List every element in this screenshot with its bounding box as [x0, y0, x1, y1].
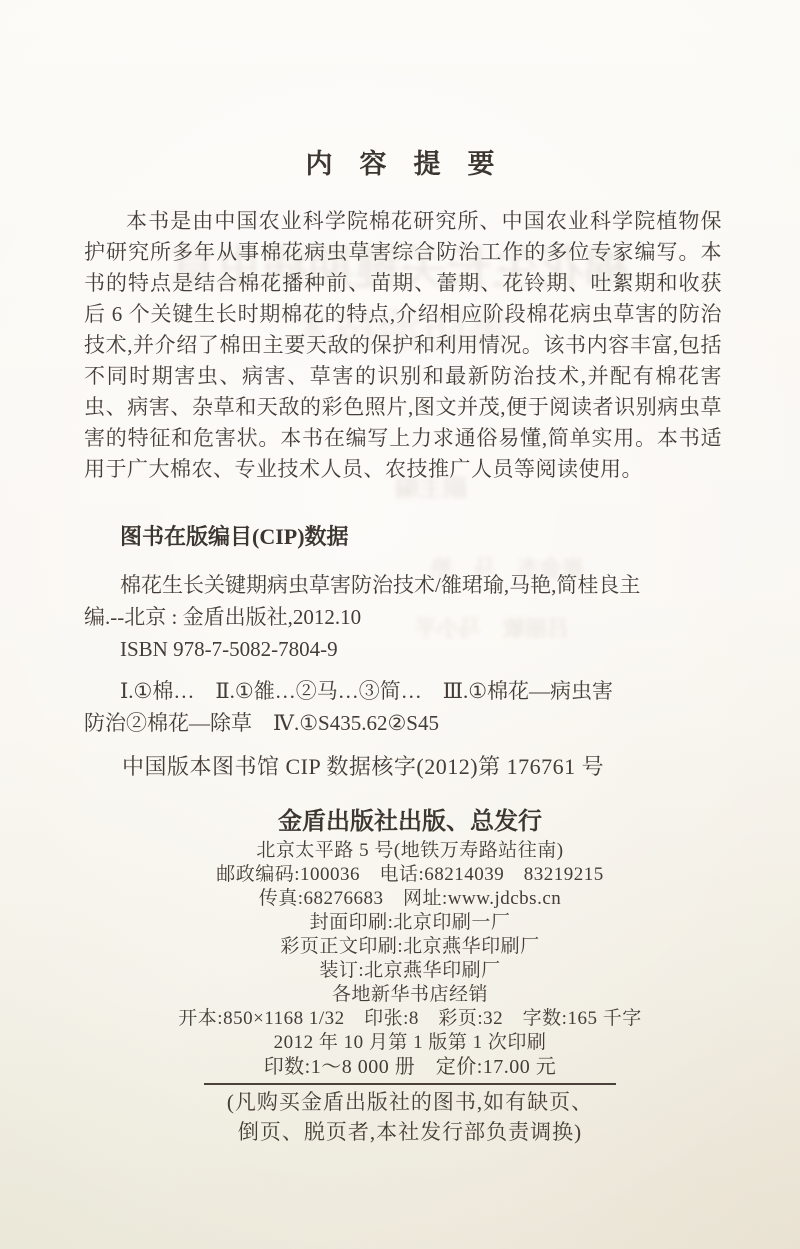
cip-classification-line2: 防治②棉花—除草 Ⅳ.①S435.62②S45 — [84, 707, 740, 739]
horizontal-rule — [204, 1083, 616, 1085]
page-content: 内 容 提 要 本书是由中国农业科学院棉花研究所、中国农业科学院植物保护研究所多… — [0, 146, 800, 1147]
cip-entry-line2: 编.--北京 : 金盾出版社,2012.10 — [84, 601, 740, 633]
exchange-note-line2: 倒页、脱页者,本社发行部负责调换) — [10, 1117, 800, 1147]
print-run-price-line: 印数:1～8 000 册 定价:17.00 元 — [10, 1055, 800, 1079]
content-summary-paragraph: 本书是由中国农业科学院棉花研究所、中国农业科学院植物保护研究所多年从事棉花病虫草… — [84, 206, 722, 485]
edition-line: 2012 年 10 月第 1 版第 1 次印刷 — [10, 1031, 800, 1055]
cip-entry-line1: 棉花生长关键期病虫草害防治技术/雒珺瑜,马艳,简桂良主 — [84, 569, 740, 601]
body-printer-line: 彩页正文印刷:北京燕华印刷厂 — [10, 935, 800, 959]
cip-classification-line1: Ⅰ.①棉… Ⅱ.①雒…②马…③简… Ⅲ.①棉花—病虫害 — [84, 675, 740, 707]
cip-isbn: ISBN 978-7-5082-7804-9 — [84, 633, 740, 665]
colophon-block: 金盾出版社出版、总发行 北京太平路 5 号(地铁万寿路站往南) 邮政编码:100… — [10, 805, 800, 1147]
content-summary-title: 内 容 提 要 — [0, 146, 800, 182]
binding-line: 装订:北京燕华印刷厂 — [10, 959, 800, 983]
publisher-address: 北京太平路 5 号(地铁万寿路站往南) — [10, 839, 800, 863]
cip-entry-block: 棉花生长关键期病虫草害防治技术/雒珺瑜,马艳,简桂良主 编.--北京 : 金盾出… — [84, 569, 740, 665]
cip-data-heading: 图书在版编目(CIP)数据 — [120, 521, 800, 553]
scanned-copyright-page: 棉花生长关键期病虫草 害防治技术 副主编 崔金杰 马 艳 吕丽敏 马小平 内 容… — [0, 0, 800, 1249]
cover-printer-line: 封面印刷:北京印刷一厂 — [10, 911, 800, 935]
cip-record-number: 中国版本图书馆 CIP 数据核字(2012)第 176761 号 — [122, 751, 800, 783]
postcode-phone-line: 邮政编码:100036 电话:68214039 83219215 — [10, 863, 800, 887]
cip-classification-block: Ⅰ.①棉… Ⅱ.①雒…②马…③简… Ⅲ.①棉花—病虫害 防治②棉花—除草 Ⅳ.①… — [84, 675, 740, 739]
format-specs-line: 开本:850×1168 1/32 印张:8 彩页:32 字数:165 千字 — [10, 1007, 800, 1031]
exchange-note-line1: (凡购买金盾出版社的图书,如有缺页、 — [10, 1087, 800, 1117]
publisher-line: 金盾出版社出版、总发行 — [10, 805, 800, 839]
distribution-line: 各地新华书店经销 — [10, 983, 800, 1007]
fax-website-line: 传真:68276683 网址:www.jdcbs.cn — [10, 887, 800, 911]
